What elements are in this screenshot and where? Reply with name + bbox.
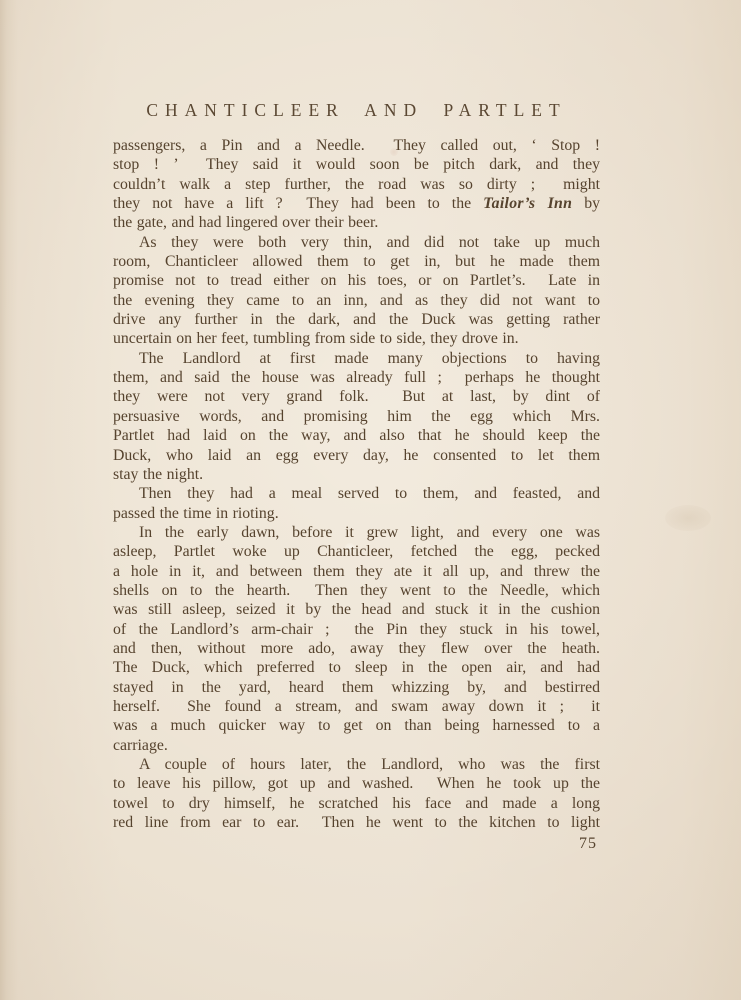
text-line: of the Landlord’s arm-chair ; the Pin th…: [113, 620, 600, 639]
text-line: As they were both very thin, and did not…: [113, 233, 600, 252]
text-line: stop ! ’ They said it would soon be pitc…: [113, 155, 600, 174]
text-line: passed the time in rioting.: [113, 504, 600, 523]
plain-text: a hole in it, and between them they ate …: [113, 563, 600, 580]
plain-text: red line from ear to ear. Then he went t…: [113, 814, 600, 831]
plain-text: them, and said the house was already ful…: [113, 369, 600, 386]
body-text-block: passengers, a Pin and a Needle. They cal…: [113, 136, 600, 854]
text-line: and then, without more ado, away they fl…: [113, 639, 600, 658]
text-line: herself. She found a stream, and swam aw…: [113, 697, 600, 716]
plain-text: promise not to tread either on his toes,…: [113, 272, 600, 289]
plain-text: they were not very grand folk. But at la…: [113, 388, 600, 405]
plain-text: Duck, who laid an egg every day, he cons…: [113, 447, 600, 464]
text-line: the evening they came to an inn, and as …: [113, 291, 600, 310]
running-head-title: CHANTICLEER AND PARTLET: [113, 100, 600, 121]
plain-text: drive any further in the dark, and the D…: [113, 311, 600, 328]
plain-text: was still asleep, seized it by the head …: [113, 601, 600, 618]
plain-text: In the early dawn, before it grew light,…: [139, 524, 600, 541]
text-line: asleep, Partlet woke up Chanticleer, fet…: [113, 542, 600, 561]
plain-text: passed the time in rioting.: [113, 505, 279, 522]
text-line: red line from ear to ear. Then he went t…: [113, 813, 600, 832]
plain-text: asleep, Partlet woke up Chanticleer, fet…: [113, 543, 600, 560]
text-line: uncertain on her feet, tumbling from sid…: [113, 329, 600, 348]
plain-text: herself. She found a stream, and swam aw…: [113, 698, 600, 715]
page-number: 75: [113, 834, 600, 853]
plain-text: was a much quicker way to get on than be…: [113, 717, 600, 734]
text-line: Partlet had laid on the way, and also th…: [113, 426, 600, 445]
plain-text: As they were both very thin, and did not…: [139, 234, 600, 251]
text-line: drive any further in the dark, and the D…: [113, 310, 600, 329]
text-line: the gate, and had lingered over their be…: [113, 213, 600, 232]
text-line: room, Chanticleer allowed them to get in…: [113, 252, 600, 271]
plain-text: stop ! ’ They said it would soon be pitc…: [113, 156, 600, 173]
book-page-scan: CHANTICLEER AND PARTLET passengers, a Pi…: [0, 0, 741, 1000]
plain-text: to leave his pillow, got up and washed. …: [113, 775, 600, 792]
plain-text: passengers, a Pin and a Needle. They cal…: [113, 137, 600, 154]
italic-text: Tailor’s Inn: [483, 195, 572, 212]
plain-text: towel to dry himself, he scratched his f…: [113, 795, 600, 812]
text-line: them, and said the house was already ful…: [113, 368, 600, 387]
plain-text: the evening they came to an inn, and as …: [113, 292, 600, 309]
plain-text: stay the night.: [113, 466, 203, 483]
plain-text: they not have a lift ? They had been to …: [113, 195, 483, 212]
text-line: was still asleep, seized it by the head …: [113, 600, 600, 619]
paper-blemish: [665, 505, 711, 531]
plain-text: A couple of hours later, the Landlord, w…: [139, 756, 600, 773]
plain-text: room, Chanticleer allowed them to get in…: [113, 253, 600, 270]
text-line: passengers, a Pin and a Needle. They cal…: [113, 136, 600, 155]
text-line: they not have a lift ? They had been to …: [113, 194, 600, 213]
text-line: The Landlord at first made many objectio…: [113, 349, 600, 368]
plain-text: The Landlord at first made many objectio…: [139, 350, 600, 367]
text-line: carriage.: [113, 736, 600, 755]
plain-text: of the Landlord’s arm-chair ; the Pin th…: [113, 621, 600, 638]
plain-text: Then they had a meal served to them, and…: [139, 485, 600, 502]
text-line: Duck, who laid an egg every day, he cons…: [113, 446, 600, 465]
text-line: shells on to the hearth. Then they went …: [113, 581, 600, 600]
plain-text: Partlet had laid on the way, and also th…: [113, 427, 600, 444]
plain-text: uncertain on her feet, tumbling from sid…: [113, 330, 519, 347]
plain-text: by: [572, 195, 600, 212]
plain-text: The Duck, which preferred to sleep in th…: [113, 659, 600, 676]
plain-text: and then, without more ado, away they fl…: [113, 640, 600, 657]
text-line: couldn’t walk a step further, the road w…: [113, 175, 600, 194]
plain-text: the gate, and had lingered over their be…: [113, 214, 378, 231]
text-line: towel to dry himself, he scratched his f…: [113, 794, 600, 813]
text-line: to leave his pillow, got up and washed. …: [113, 774, 600, 793]
plain-text: shells on to the hearth. Then they went …: [113, 582, 600, 599]
text-line: a hole in it, and between them they ate …: [113, 562, 600, 581]
text-line: A couple of hours later, the Landlord, w…: [113, 755, 600, 774]
plain-text: persuasive words, and promising him the …: [113, 408, 600, 425]
text-line: stay the night.: [113, 465, 600, 484]
text-line: persuasive words, and promising him the …: [113, 407, 600, 426]
plain-text: carriage.: [113, 737, 168, 754]
text-line: they were not very grand folk. But at la…: [113, 387, 600, 406]
text-line: promise not to tread either on his toes,…: [113, 271, 600, 290]
text-line: The Duck, which preferred to sleep in th…: [113, 658, 600, 677]
text-line: was a much quicker way to get on than be…: [113, 716, 600, 735]
text-line: stayed in the yard, heard them whizzing …: [113, 678, 600, 697]
text-line: In the early dawn, before it grew light,…: [113, 523, 600, 542]
plain-text: stayed in the yard, heard them whizzing …: [113, 679, 600, 696]
plain-text: couldn’t walk a step further, the road w…: [113, 176, 600, 193]
text-line: Then they had a meal served to them, and…: [113, 484, 600, 503]
